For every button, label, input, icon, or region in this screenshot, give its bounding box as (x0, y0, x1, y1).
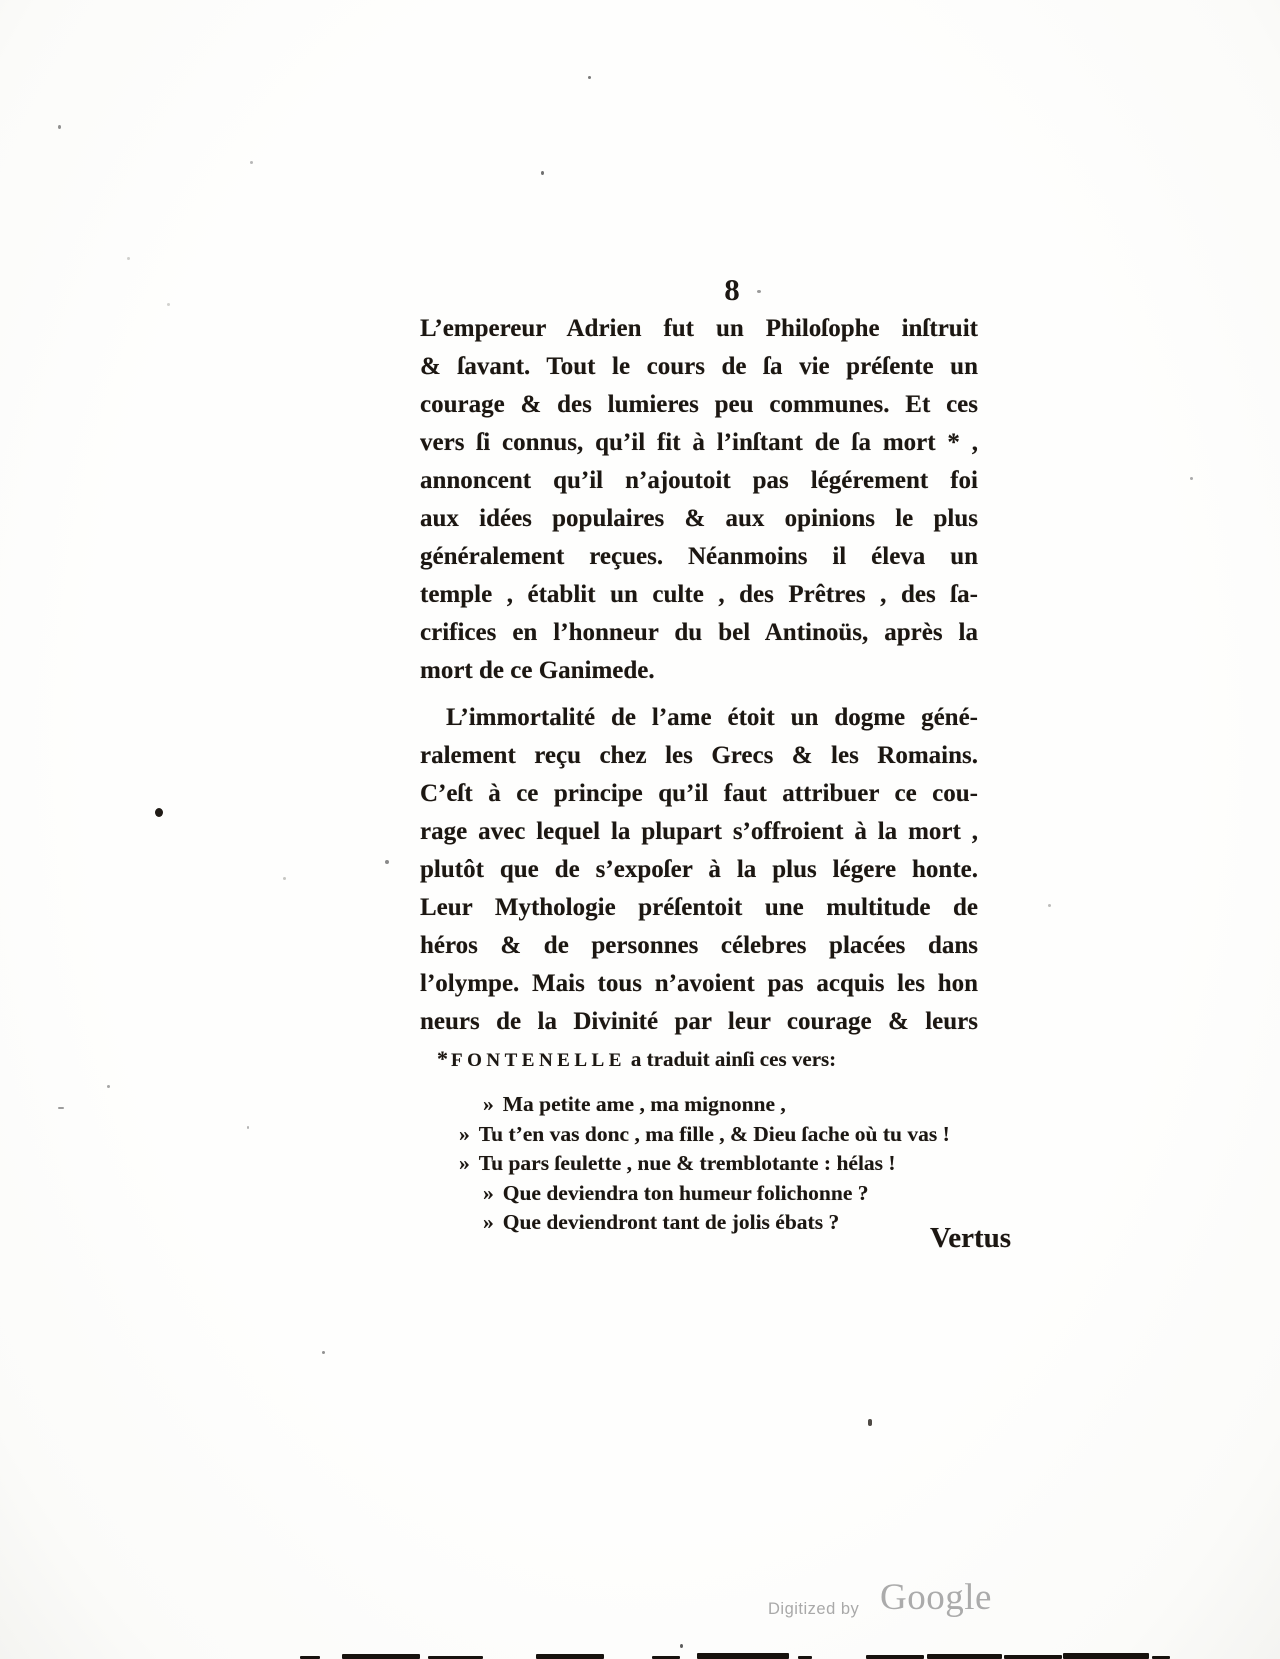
footnote-verse-line: »Tu t’en vas donc , ma fille , & Dieu ſa… (437, 1120, 982, 1150)
verse-text: Que deviendra ton humeur folichonne ? (503, 1181, 869, 1205)
quote-mark: » (483, 1092, 494, 1116)
scan-speck (107, 1085, 110, 1088)
google-logo: Google (880, 1576, 992, 1619)
text-line: l’olympe. Mais tous n’avoient pas acquis… (420, 965, 978, 1003)
footnote-author: FONTENELLE (451, 1050, 626, 1071)
scan-speck (58, 1107, 64, 1109)
text-line: plutôt que de s’expoſer à la plus légere… (420, 851, 978, 889)
footnote-verse-line: »Que deviendra ton humeur folichonne ? (437, 1179, 982, 1209)
body-paragraph-2: L’immortalité de l’ame étoit un dogme gé… (420, 699, 978, 1041)
text-line: neurs de la Divinité par leur courage & … (420, 1003, 978, 1041)
scan-speck (58, 125, 61, 129)
footnote: *FONTENELLEa traduit ainſi ces vers: »Ma… (437, 1044, 982, 1238)
scan-speck (757, 290, 761, 293)
text-line: C’eſt à ce principe qu’il faut attribuer… (420, 775, 978, 813)
footnote-verse-line: »Ma petite ame , ma mignonne , (437, 1090, 982, 1120)
scan-edge-artifact (536, 1654, 604, 1659)
footnote-header: *FONTENELLEa traduit ainſi ces vers: (437, 1044, 982, 1076)
text-line: L’empereur Adrien fut un Philoſophe inſt… (420, 310, 978, 348)
scan-speck (167, 303, 170, 306)
text-line: ralement reçu chez les Grecs & les Romai… (420, 737, 978, 775)
scan-speck (1190, 477, 1193, 480)
text-line: généralement reçues. Néanmoins il éleva … (420, 538, 978, 576)
scan-edge-artifact (1004, 1655, 1062, 1659)
scan-speck (588, 76, 591, 79)
verse-text: Ma petite ame , ma mignonne , (503, 1092, 786, 1116)
text-line: & ſavant. Tout le cours de ſa vie préſen… (420, 348, 978, 386)
footnote-verse-line: »Que deviendront tant de jolis ébats ? (437, 1208, 982, 1238)
scan-speck (680, 1644, 683, 1648)
footnote-verse-line: »Tu pars ſeulette , nue & tremblotante :… (437, 1149, 982, 1179)
text-line: Leur Mythologie préſentoit une multitude… (420, 889, 978, 927)
scan-speck (541, 171, 544, 175)
scan-edge-artifact (697, 1653, 789, 1659)
scanned-book-page: 8 L’empereur Adrien fut un Philoſophe in… (0, 0, 1280, 1659)
quote-mark: » (459, 1122, 470, 1146)
scan-speck (283, 877, 286, 880)
text-line: vers ſi connus, qu’il fit à l’inſtant de… (420, 424, 978, 462)
scan-edge-artifact (927, 1654, 1002, 1659)
scan-speck (1048, 904, 1051, 907)
text-line: mort de ce Ganimede. (420, 652, 978, 690)
text-line: crifices en l’honneur du bel Antinoüs, a… (420, 614, 978, 652)
footnote-verses: »Ma petite ame , ma mignonne , »Tu t’en … (437, 1090, 982, 1238)
text-line: aux idées populaires & aux opinions le p… (420, 500, 978, 538)
scan-speck (385, 860, 389, 864)
text-line: L’immortalité de l’ame étoit un dogme gé… (420, 699, 978, 737)
catchword: Vertus (930, 1222, 1011, 1255)
scan-speck (322, 1351, 325, 1354)
verse-text: Tu t’en vas donc , ma fille , & Dieu ſac… (479, 1122, 950, 1146)
scan-speck (247, 1126, 249, 1129)
verse-text: Tu pars ſeulette , nue & tremblotante : … (479, 1151, 896, 1175)
scan-edge-artifact (866, 1655, 924, 1659)
quote-mark: » (459, 1151, 470, 1175)
scan-speck (155, 808, 163, 817)
footnote-intro: a traduit ainſi ces vers: (631, 1047, 836, 1071)
text-line: héros & de personnes célebres placées da… (420, 927, 978, 965)
quote-mark: » (483, 1210, 494, 1234)
digitized-by-label: Digitized by (768, 1600, 859, 1619)
text-line: temple , établit un culte , des Prêtres … (420, 576, 978, 614)
text-line: rage avec lequel la plupart s’offroient … (420, 813, 978, 851)
text-line: annoncent qu’il n’ajoutoit pas légéremen… (420, 462, 978, 500)
text-line: courage & des lumieres peu communes. Et … (420, 386, 978, 424)
scan-speck (868, 1419, 872, 1426)
verse-text: Que deviendront tant de jolis ébats ? (503, 1210, 839, 1234)
scan-speck (250, 161, 253, 164)
page-number: 8 (712, 272, 752, 308)
scan-edge-artifact (1063, 1653, 1149, 1659)
scan-speck (127, 257, 130, 260)
quote-mark: » (483, 1181, 494, 1205)
scan-edge-artifact (342, 1654, 420, 1659)
footnote-asterisk: * (437, 1046, 448, 1071)
body-paragraph-1: L’empereur Adrien fut un Philoſophe inſt… (420, 310, 978, 690)
